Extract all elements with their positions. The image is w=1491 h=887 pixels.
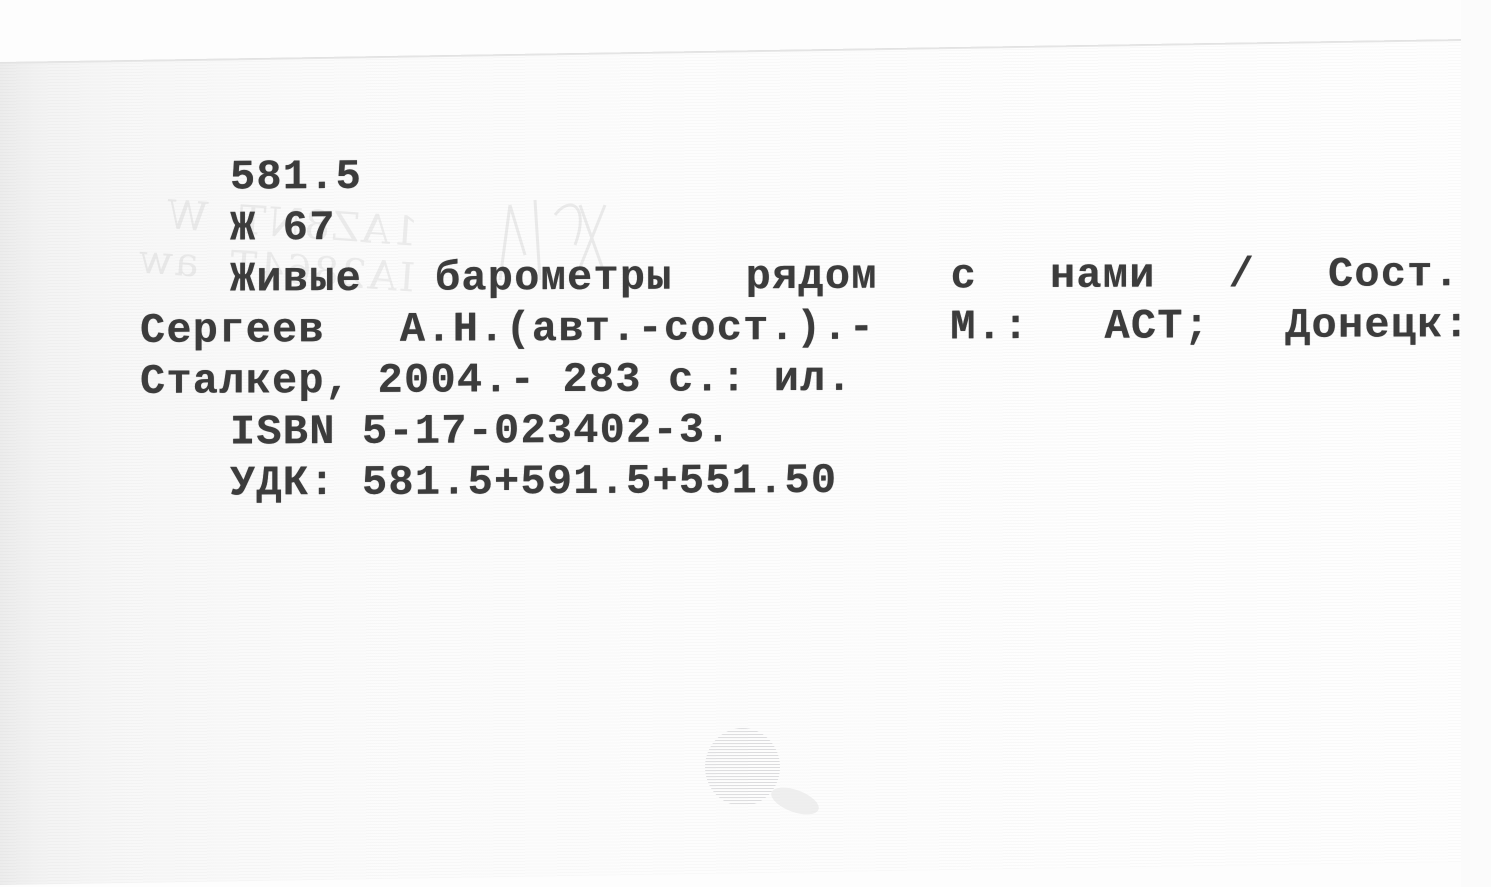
resp-word: М.:	[950, 302, 1029, 353]
title-word: Сост.	[1328, 249, 1460, 301]
imprint: Сталкер, 2004.- 283 с.: ил.	[140, 351, 1470, 408]
card-text-block: 581.5 Ж 67 Живые барометры рядом с нами …	[140, 147, 1470, 510]
resp-word: Донецк:	[1285, 300, 1470, 352]
title-line: Живые барометры рядом с нами / Сост.	[140, 249, 1460, 306]
responsibility-line: Сергеев А.Н.(авт.-сост.).- М.: АСТ; Доне…	[140, 300, 1470, 357]
title-word: /	[1229, 250, 1255, 301]
author-mark: Ж 67	[140, 198, 1470, 255]
title-word: барометры	[435, 253, 673, 305]
isbn: ISBN 5-17-023402-3.	[140, 402, 1470, 459]
scan-artifact-dot	[705, 728, 780, 806]
resp-word: АСТ;	[1104, 301, 1210, 352]
udk: УДК: 581.5+591.5+551.50	[140, 453, 1470, 510]
title-word: рядом	[746, 252, 878, 304]
title-word: с	[951, 251, 977, 302]
scanned-page: 1AZ8NT W IA2864T aw 581.5 Ж 67 Живые бар…	[0, 0, 1491, 887]
bbk-code: 581.5	[140, 147, 1470, 204]
resp-word: А.Н.(авт.-сост.).-	[400, 303, 875, 356]
resp-word: Сергеев	[140, 305, 325, 357]
title-word: Живые	[230, 254, 362, 306]
title-word: нами	[1050, 250, 1156, 301]
